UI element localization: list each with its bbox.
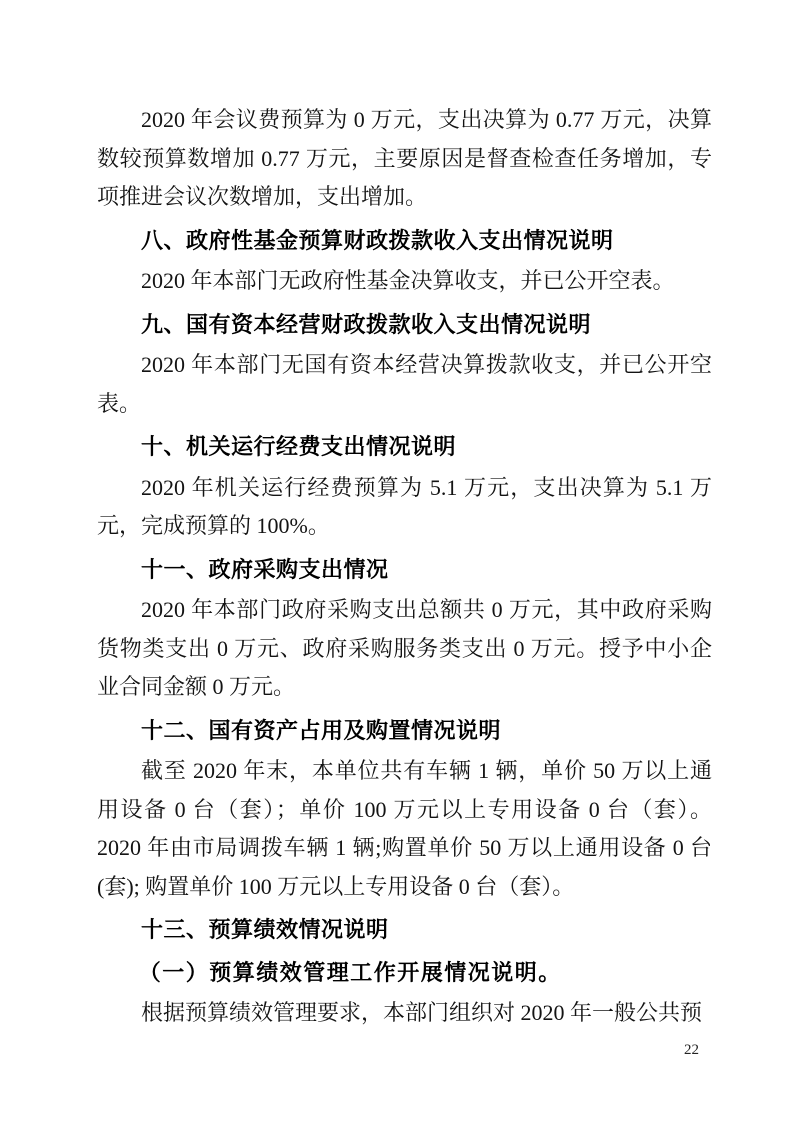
section-heading-12: 十二、国有资产占用及购置情况说明 xyxy=(97,712,712,751)
section-heading-10: 十、机关运行经费支出情况说明 xyxy=(97,428,712,467)
body-paragraph: 根据预算绩效管理要求，本部门组织对 2020 年一般公共预 xyxy=(97,994,712,1033)
body-paragraph: 截至 2020 年末，本单位共有车辆 1 辆，单价 50 万以上通用设备 0 台… xyxy=(97,752,712,906)
body-paragraph: 2020 年本部门无国有资本经营决算拨款收支，并已公开空表。 xyxy=(97,346,712,423)
document-page: 2020 年会议费预算为 0 万元，支出决算为 0.77 万元，决算数较预算数增… xyxy=(0,0,800,1131)
body-paragraph: 2020 年本部门无政府性基金决算收支，并已公开空表。 xyxy=(97,262,712,301)
body-paragraph: 2020 年本部门政府采购支出总额共 0 万元，其中政府采购货物类支出 0 万元… xyxy=(97,591,712,707)
document-body: 2020 年会议费预算为 0 万元，支出决算为 0.77 万元，决算数较预算数增… xyxy=(97,101,712,1033)
section-heading-9: 九、国有资本经营财政拨款收入支出情况说明 xyxy=(97,306,712,345)
body-paragraph: 2020 年会议费预算为 0 万元，支出决算为 0.77 万元，决算数较预算数增… xyxy=(97,101,712,217)
section-heading-8: 八、政府性基金预算财政拨款收入支出情况说明 xyxy=(97,222,712,261)
page-number: 22 xyxy=(684,1041,699,1059)
section-heading-13: 十三、预算绩效情况说明 xyxy=(97,911,712,950)
section-heading-11: 十一、政府采购支出情况 xyxy=(97,551,712,590)
sub-heading: （一）预算绩效管理工作开展情况说明。 xyxy=(97,954,712,993)
body-paragraph: 2020 年机关运行经费预算为 5.1 万元，支出决算为 5.1 万元，完成预算… xyxy=(97,469,712,546)
